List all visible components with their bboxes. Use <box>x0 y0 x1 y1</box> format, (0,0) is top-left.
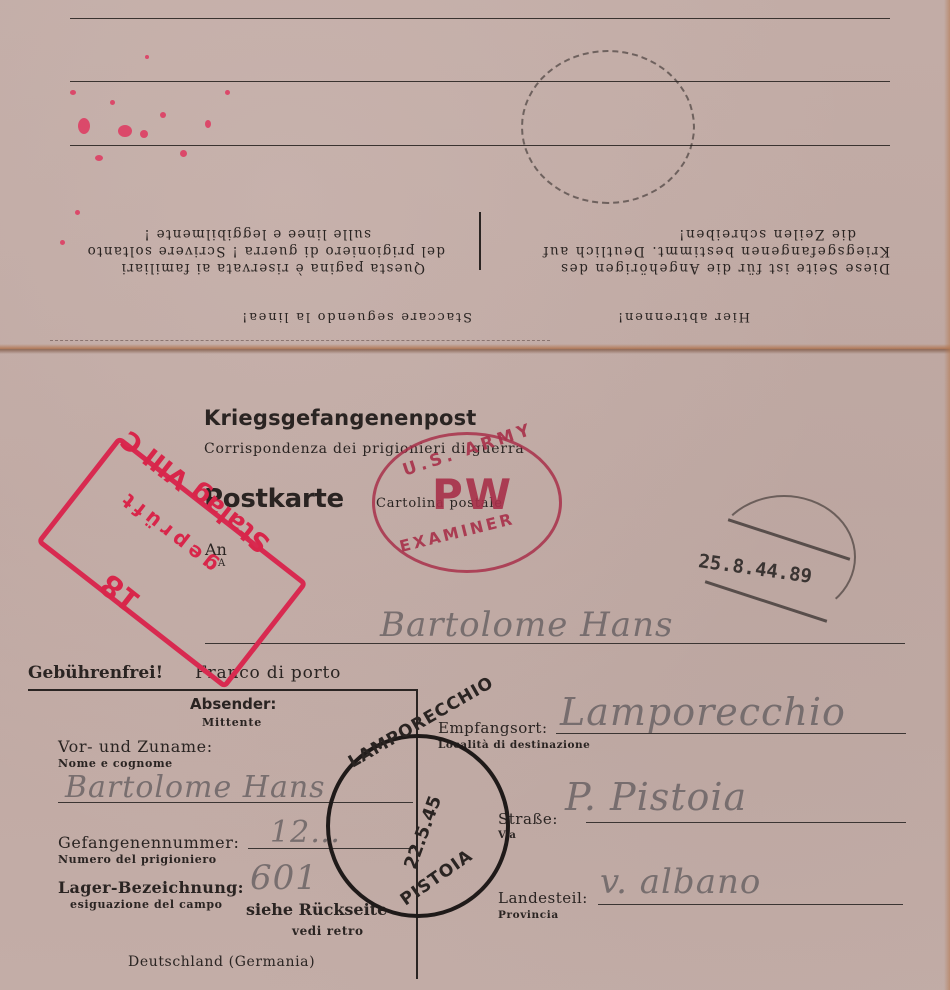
instruction-it-line: sulle linee e leggibilmente ! <box>25 225 445 242</box>
destination-value: Lamporecchio <box>560 690 846 734</box>
writing-line <box>70 145 890 146</box>
divider-line <box>479 212 481 270</box>
instruction-de-line: Kriegsgefangenen bestimmt. Deutlich auf <box>490 242 890 259</box>
instruction-de-line: die Zeilen schreiben! <box>490 225 890 242</box>
sender-name-label: Vor- und Zuname: <box>58 737 213 756</box>
instruction-it-line: del prigioniero di guerra ! Scrivere sol… <box>25 242 445 259</box>
detach-here-german: Hier abtrennen! <box>616 309 750 324</box>
sender-box-border <box>28 689 418 691</box>
camp-label: Lager-Bezeichnung: <box>58 878 244 897</box>
instruction-italian: Questa pagina è riservata ai familiari d… <box>25 225 445 276</box>
camp-value: 601 <box>250 858 318 898</box>
reply-half-upside-down: Diese Seite ist für die Angehörigen des … <box>0 0 950 344</box>
camp-label-italian: esiguazione del campo <box>70 898 223 911</box>
province-label: Landesteil: <box>498 889 588 907</box>
prisoner-number-label: Gefangenennummer: <box>58 833 239 852</box>
perforation-line <box>50 340 550 341</box>
sender-name: Bartolome Hans <box>65 770 326 805</box>
street-value: P. Pistoia <box>565 775 747 819</box>
postcard: Diese Seite ist für die Angehörigen des … <box>0 0 950 990</box>
writing-line <box>70 18 890 19</box>
card-title: Kriegsgefangenenpost <box>204 406 477 430</box>
detach-here-italian: Staccare seguendo la linea! <box>240 309 472 324</box>
province-line <box>598 904 903 905</box>
sender-heading-italian: Mittente <box>202 716 262 729</box>
prisoner-number-label-italian: Numero del prigioniero <box>58 853 217 866</box>
see-back-label: siehe Rückseite <box>246 900 387 919</box>
fold-crease <box>0 344 950 354</box>
instruction-it-line: Questa pagina è riservata ai familiari <box>25 259 445 276</box>
country-label: Deutschland (Germania) <box>128 954 315 970</box>
see-back-italian: vedi retro <box>292 924 364 938</box>
card-edge <box>944 0 950 990</box>
writing-line <box>70 81 890 82</box>
street-line <box>586 822 906 823</box>
faded-postmark <box>521 50 695 204</box>
postage-free-label: Gebührenfrei! <box>28 663 163 683</box>
sender-name-label-italian: Nome e cognome <box>58 757 173 770</box>
destination-label: Empfangsort: <box>438 719 548 737</box>
sender-heading: Absender: <box>190 695 276 713</box>
instruction-de-line: Diese Seite ist für die Angehörigen des <box>490 259 890 276</box>
province-value: v. albano <box>600 862 761 902</box>
instruction-german: Diese Seite ist für die Angehörigen des … <box>490 225 890 276</box>
recipient-name: Bartolome Hans <box>380 605 673 645</box>
province-label-italian: Provincia <box>498 909 559 921</box>
